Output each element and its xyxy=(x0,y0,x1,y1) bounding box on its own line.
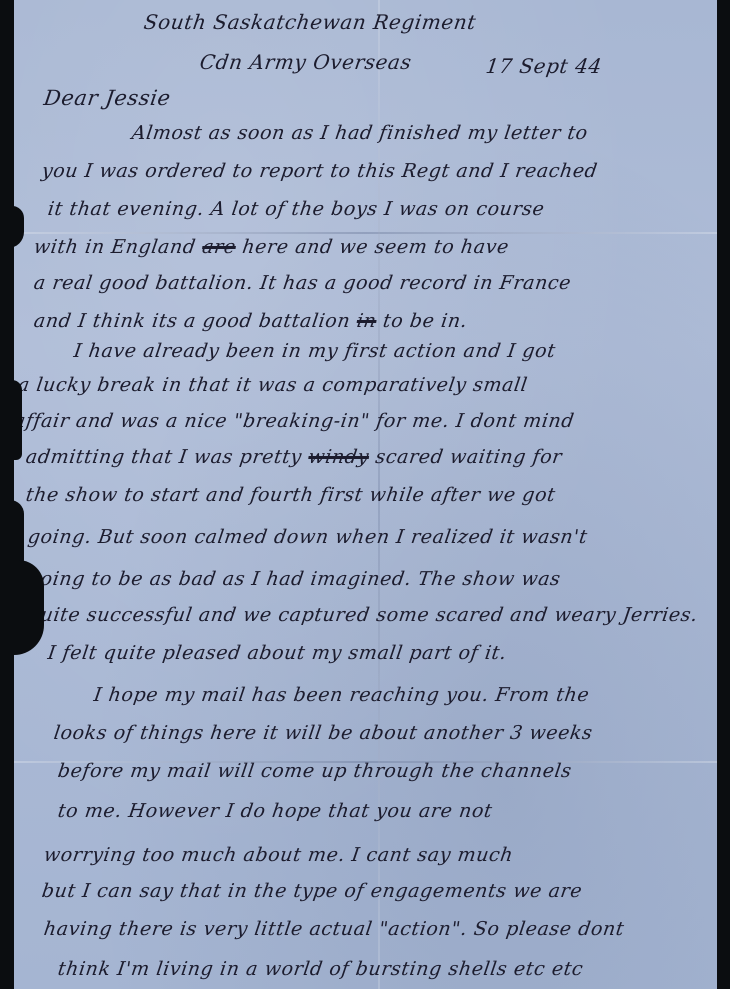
letter-line: I felt quite pleased about my small part… xyxy=(46,642,508,664)
letter-line: it that evening. A lot of the boys I was… xyxy=(46,198,546,220)
letter-line: before my mail will come up through the … xyxy=(56,760,573,782)
line-text: to be in. xyxy=(375,310,469,332)
letter-line: looks of things here it will be about an… xyxy=(52,722,594,744)
letter-line: going to be as bad as I had imagined. Th… xyxy=(26,568,562,590)
line-text: here and we seem to have xyxy=(234,236,510,258)
torn-edge xyxy=(14,560,44,655)
letter-line: with in England are here and we seem to … xyxy=(32,236,510,258)
letter-line: having there is very little actual "acti… xyxy=(42,918,625,940)
torn-edge xyxy=(14,380,22,460)
letter-line: but I can say that in the type of engage… xyxy=(40,880,583,902)
line-text: and I think its a good battalion xyxy=(32,310,358,332)
line-text: scared waiting for xyxy=(367,446,563,468)
letter-heading-army: Cdn Army Overseas xyxy=(198,50,413,74)
struck-word: windy xyxy=(307,446,371,468)
letter-page: South Saskatchewan Regiment Cdn Army Ove… xyxy=(14,0,717,989)
letter-heading-regiment: South Saskatchewan Regiment xyxy=(142,10,477,34)
letter-date: 17 Sept 44 xyxy=(484,54,603,78)
struck-word: are xyxy=(201,236,238,258)
letter-line: and I think its a good battalion in to b… xyxy=(32,310,468,332)
letter-line: think I'm living in a world of bursting … xyxy=(56,958,584,980)
letter-line: I hope my mail has been reaching you. Fr… xyxy=(92,684,590,706)
letter-line: admitting that I was pretty windy scared… xyxy=(24,446,563,468)
letter-line: you I was ordered to report to this Regt… xyxy=(40,160,599,182)
fold-crease xyxy=(14,232,717,234)
torn-edge xyxy=(14,206,24,248)
letter-line: affair and was a nice "breaking-in" for … xyxy=(14,410,576,432)
letter-salutation: Dear Jessie xyxy=(42,86,172,110)
letter-line: quite successful and we captured some sc… xyxy=(26,604,699,626)
letter-line: a lucky break in that it was a comparati… xyxy=(16,374,529,396)
letter-line: Almost as soon as I had finished my lett… xyxy=(130,122,589,144)
letter-line: worrying too much about me. I cant say m… xyxy=(42,844,514,866)
line-text: admitting that I was pretty xyxy=(24,446,310,468)
letter-line: the show to start and fourth first while… xyxy=(24,484,557,506)
letter-line: to me. However I do hope that you are no… xyxy=(56,800,493,822)
letter-line: I have already been in my first action a… xyxy=(72,340,557,362)
letter-line: a real good battalion. It has a good rec… xyxy=(32,272,572,294)
line-text: with in England xyxy=(32,236,203,258)
letter-line: going. But soon calmed down when I reali… xyxy=(26,526,588,548)
